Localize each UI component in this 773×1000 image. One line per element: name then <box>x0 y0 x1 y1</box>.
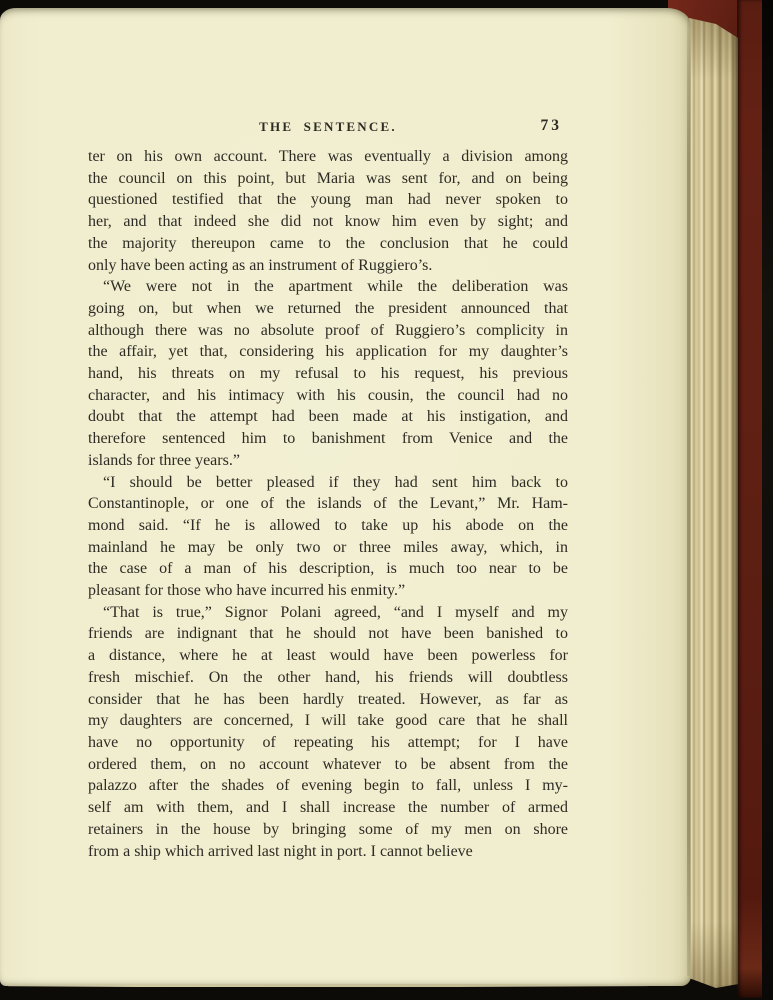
text-line: the affair, yet that, considering his ap… <box>88 341 568 363</box>
page-edge-stack <box>689 12 738 990</box>
text-line: “That is true,” Signor Polani agreed, “a… <box>88 602 568 624</box>
text-line: going on, but when we returned the presi… <box>88 298 568 320</box>
text-line: “We were not in the apartment while the … <box>88 276 568 298</box>
text-line: mainland he may be only two or three mil… <box>88 537 568 559</box>
text-line: islands for three years.” <box>88 450 568 472</box>
text-line: hand, his threats on my refusal to his r… <box>88 363 568 385</box>
paragraph: “That is true,” Signor Polani agreed, “a… <box>88 602 568 862</box>
text-line: fresh mischief. On the other hand, his f… <box>88 667 568 689</box>
book-page: THE SENTENCE. 73 ter on his own account.… <box>0 8 691 986</box>
text-line: have no opportunity of repeating his att… <box>88 732 568 754</box>
body-text: ter on his own account. There was eventu… <box>88 146 568 862</box>
text-line: self am with them, and I shall increase … <box>88 797 568 819</box>
text-line: only have been acting as an instrument o… <box>88 255 568 277</box>
page-number: 73 <box>541 117 563 135</box>
text-line: although there was no absolute proof of … <box>88 320 568 342</box>
text-line: mond said. “If he is allowed to take up … <box>88 515 568 537</box>
text-line: pleasant for those who have incurred his… <box>88 580 568 602</box>
page-fold-seam <box>687 18 690 976</box>
text-line: consider that he has been hardly treated… <box>88 689 568 711</box>
text-line: questioned testified that the young man … <box>88 189 568 211</box>
text-line: retainers in the house by bringing some … <box>88 819 568 841</box>
text-line: from a ship which arrived last night in … <box>88 841 568 863</box>
paragraph: “We were not in the apartment while the … <box>88 276 568 471</box>
paragraph: ter on his own account. There was eventu… <box>88 146 568 276</box>
text-line: therefore sentenced him to banishment fr… <box>88 428 568 450</box>
bottom-page-edge <box>8 984 648 987</box>
text-line: the council on this point, but Maria was… <box>88 168 568 190</box>
text-line: character, and his intimacy with his cou… <box>88 385 568 407</box>
text-line: her, and that indeed she did not know hi… <box>88 211 568 233</box>
text-line: Constantinople, or one of the islands of… <box>88 493 568 515</box>
text-line: a distance, where he at least would have… <box>88 645 568 667</box>
running-header: THE SENTENCE. <box>88 119 568 135</box>
text-line: ordered them, on no account whatever to … <box>88 754 568 776</box>
book-cover-edge <box>737 0 764 998</box>
text-line: ter on his own account. There was eventu… <box>88 146 568 168</box>
text-line: “I should be better pleased if they had … <box>88 472 568 494</box>
page-header: THE SENTENCE. 73 <box>88 119 568 139</box>
scanned-book-photo: THE SENTENCE. 73 ter on his own account.… <box>0 0 773 1000</box>
text-line: my daughters are concerned, I will take … <box>88 710 568 732</box>
text-line: the case of a man of his description, is… <box>88 558 568 580</box>
text-line: friends are indignant that he should not… <box>88 623 568 645</box>
paragraph: “I should be better pleased if they had … <box>88 472 568 602</box>
text-line: the majority thereupon came to the concl… <box>88 233 568 255</box>
text-line: palazzo after the shades of evening begi… <box>88 775 568 797</box>
background-shadow <box>762 0 773 1000</box>
text-line: doubt that the attempt had been made at … <box>88 406 568 428</box>
